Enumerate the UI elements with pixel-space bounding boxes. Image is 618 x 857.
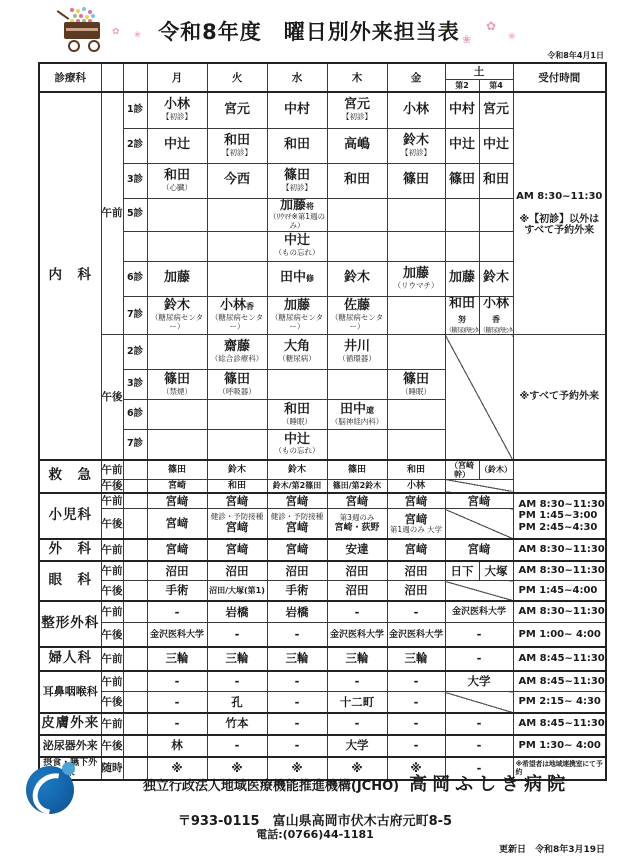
schedule-cell: 宮元【初診】: [327, 92, 387, 128]
schedule-cell: [123, 623, 147, 647]
schedule-cell: 鈴木: [267, 460, 327, 480]
reception-hours: ※すべて予約外来: [513, 335, 606, 460]
schedule-cell: -: [267, 623, 327, 647]
schedule-cell: 孔: [207, 692, 267, 713]
schedule-cell: [207, 231, 267, 261]
schedule-cell: 金沢医科大学: [147, 623, 207, 647]
schedule-cell: -: [207, 671, 267, 692]
schedule-cell: 手術: [147, 581, 207, 601]
reception-hours: [513, 460, 606, 493]
header-saturday-4th: 第4: [479, 80, 513, 93]
schedule-cell: 沼田: [387, 561, 445, 581]
clinic-number: 1診: [123, 92, 147, 128]
reception-hours: AM 8:45~11:30: [513, 647, 606, 671]
session-label: 午前: [101, 601, 123, 623]
schedule-cell: （宮崎幹）: [445, 460, 479, 480]
schedule-cell: 小林: [387, 479, 445, 493]
schedule-cell: -: [327, 671, 387, 692]
header-reception: 受付時間: [513, 63, 606, 92]
schedule-cell: 田中修: [267, 261, 327, 296]
schedule-cell: 宮元: [479, 92, 513, 128]
schedule-cell: [327, 231, 387, 261]
organization-line: 独立行政法人地域医療機能推進機構(JCHO) 高岡ふしき病院: [104, 770, 609, 796]
schedule-cell: 篠田: [445, 163, 479, 198]
schedule-cell: -: [207, 623, 267, 647]
schedule-cell: 加藤: [445, 261, 479, 296]
schedule-cell: [147, 231, 207, 261]
session-label: 午前: [101, 671, 123, 692]
clinic-number: 7診: [123, 430, 147, 460]
schedule-cell: 中村: [445, 92, 479, 128]
schedule-cell: 小林香（糖尿病センター）: [207, 296, 267, 334]
schedule-cell: 金沢医科大学: [327, 623, 387, 647]
schedule-cell: 三輪: [327, 647, 387, 671]
schedule-cell: [147, 430, 207, 460]
schedule-cell: -: [445, 735, 513, 757]
schedule-cell: [123, 460, 147, 480]
header-tuesday: 火: [207, 63, 267, 92]
schedule-cell: 大塚: [479, 561, 513, 581]
schedule-cell: [267, 370, 327, 400]
schedule-cell: 高嶋: [327, 128, 387, 163]
schedule-cell: 竹本: [207, 713, 267, 735]
schedule-cell: 和田努（糖尿病ｾﾝﾀｰ）: [445, 296, 479, 334]
schedule-cell: 宮﨑: [267, 539, 327, 561]
schedule-cell: 大学: [445, 671, 513, 692]
schedule-cell: 中辻（もの忘れ）: [267, 231, 327, 261]
header-wednesday: 水: [267, 63, 327, 92]
schedule-cell: 鈴木【初診】: [387, 128, 445, 163]
reception-hours: AM 8:30~11:30: [513, 601, 606, 623]
department-label: 耳鼻咽喉科: [39, 671, 101, 713]
session-label: 午前: [101, 561, 123, 581]
schedule-cell: 篠田（禁煙）: [147, 370, 207, 400]
schedule-cell: 加藤将（ﾘｳﾏﾁ※第1週のみ）: [267, 198, 327, 231]
schedule-cell: -: [387, 671, 445, 692]
schedule-cell: 岩橋: [207, 601, 267, 623]
schedule-cell: 沼田: [387, 581, 445, 601]
schedule-cell: [207, 198, 267, 231]
schedule-cell: [387, 430, 445, 460]
schedule-cell: 加藤（リウマチ）: [387, 261, 445, 296]
schedule-cell: 沼田: [147, 561, 207, 581]
schedule-cell: 鈴木（糖尿病センター）: [147, 296, 207, 334]
session-label: 午前: [101, 92, 123, 335]
schedule-cell: [207, 430, 267, 460]
schedule-cell: [327, 430, 387, 460]
schedule-cell: 篠田: [327, 460, 387, 480]
schedule-cell: 沼田: [327, 561, 387, 581]
schedule-cell: -: [147, 671, 207, 692]
schedule-cell: 和田: [207, 479, 267, 493]
schedule-cell: 鈴木: [479, 261, 513, 296]
hospital-phone: 電話:(0766)44-1181: [100, 826, 530, 842]
schedule-cell: 和田: [479, 163, 513, 198]
reception-hours: AM 8:30~11:30 PM 1:45~3:00 PM 2:45~4:30: [513, 493, 606, 539]
schedule-cell: 和田: [327, 163, 387, 198]
schedule-cell: 大学: [327, 735, 387, 757]
reception-hours: PM 1:45~4:00: [513, 581, 606, 601]
schedule-cell: 沼田/大塚(第1): [207, 581, 267, 601]
schedule-cell: 沼田: [267, 561, 327, 581]
schedule-cell: 三輪: [207, 647, 267, 671]
closed-cell: [445, 479, 513, 493]
schedule-cell: 三輪: [267, 647, 327, 671]
schedule-cell: -: [445, 647, 513, 671]
department-label: 婦人科: [39, 647, 101, 671]
clinic-number: 2診: [123, 128, 147, 163]
schedule-cell: 大角（糖尿病）: [267, 335, 327, 370]
reception-hours: AM 8:30~11:30 ※【初診】以外は すべて予約外来: [513, 92, 606, 335]
reception-hours: PM 1:30~ 4:00: [513, 735, 606, 757]
schedule-cell: -: [147, 713, 207, 735]
session-label: 午前: [101, 493, 123, 509]
schedule-cell: [123, 735, 147, 757]
schedule-cell: 篠田（呼吸器）: [207, 370, 267, 400]
session-label: 午後: [101, 623, 123, 647]
closed-cell: [445, 581, 513, 601]
schedule-cell: [147, 335, 207, 370]
session-label: 午後: [101, 509, 123, 539]
table-header: 診療科 月 火 水 木 金 土 受付時間 第2 第4: [39, 63, 606, 92]
schedule-cell: [327, 198, 387, 231]
schedule-cell: 健診・予防接種宮﨑: [207, 509, 267, 539]
schedule-cell: [207, 261, 267, 296]
schedule-cell: 宮﨑: [445, 539, 513, 561]
session-label: 午後: [101, 692, 123, 713]
schedule-cell: [445, 198, 479, 231]
schedule-cell: [327, 370, 387, 400]
schedule-cell: 宮﨑: [445, 493, 513, 509]
schedule-cell: [123, 493, 147, 509]
schedule-cell: 沼田: [327, 581, 387, 601]
schedule-table: 診療科 月 火 水 木 金 土 受付時間 第2 第4 内 科午前1診小林【初診】…: [38, 62, 607, 781]
schedule-cell: （鈴木）: [479, 460, 513, 480]
schedule-cell: 和田（睡眠）: [267, 400, 327, 430]
schedule-cell: 宮﨑: [147, 493, 207, 509]
reception-hours: AM 8:30~11:30: [513, 539, 606, 561]
schedule-cell: 中辻: [479, 128, 513, 163]
schedule-cell: -: [147, 601, 207, 623]
schedule-cell: 宮﨑: [207, 539, 267, 561]
schedule-cell: 日下: [445, 561, 479, 581]
department-label: 泌尿器外来: [39, 735, 101, 757]
schedule-cell: -: [387, 713, 445, 735]
schedule-cell: -: [327, 601, 387, 623]
session-label: 午前: [101, 713, 123, 735]
organization-name: 独立行政法人地域医療機能推進機構(JCHO): [143, 775, 399, 794]
reception-hours: AM 8:45~11:30: [513, 671, 606, 692]
schedule-cell: 宮﨑第1週のみ 大学: [387, 509, 445, 539]
clinic-number: 6診: [123, 400, 147, 430]
schedule-cell: 宮﨑: [147, 539, 207, 561]
schedule-cell: [123, 479, 147, 493]
session-label: 午後: [101, 735, 123, 757]
schedule-cell: 岩橋: [267, 601, 327, 623]
schedule-cell: -: [387, 692, 445, 713]
reception-hours: AM 8:30~11:30: [513, 561, 606, 581]
schedule-cell: 沼田: [207, 561, 267, 581]
schedule-cell: 井川（循環器）: [327, 335, 387, 370]
reception-hours: AM 8:45~11:30: [513, 713, 606, 735]
schedule-cell: -: [267, 692, 327, 713]
session-label: 午後: [101, 581, 123, 601]
session-label: 午後: [101, 335, 123, 460]
schedule-cell: -: [267, 735, 327, 757]
updated-date: 更新日 令和8年3月19日: [499, 842, 605, 855]
page: ✿ ❀ ✿ ❀ ✿ ❀ 令和8年度 曜日別外来担当表 令和8年4月1日 診療科 …: [0, 0, 618, 857]
schedule-cell: 齋藤（総合診療科）: [207, 335, 267, 370]
schedule-cell: 宮﨑: [327, 493, 387, 509]
schedule-cell: 第3週のみ宮崎・荻野: [327, 509, 387, 539]
schedule-cell: 三輪: [387, 647, 445, 671]
schedule-cell: [123, 539, 147, 561]
schedule-cell: 宮﨑: [147, 509, 207, 539]
clinic-number: 5診: [123, 198, 147, 231]
schedule-cell: 和田（心臓）: [147, 163, 207, 198]
schedule-cell: -: [147, 692, 207, 713]
schedule-cell: 小林: [387, 92, 445, 128]
department-label: 整形外科: [39, 601, 101, 647]
closed-cell: [445, 692, 513, 713]
schedule-cell: [123, 581, 147, 601]
clinic-number: 2診: [123, 335, 147, 370]
clinic-number: [123, 231, 147, 261]
schedule-cell: 鈴木: [327, 261, 387, 296]
schedule-cell: [387, 231, 445, 261]
session-label: 午後: [101, 479, 123, 493]
session-label: 午前: [101, 647, 123, 671]
schedule-cell: 加藤（糖尿病センター）: [267, 296, 327, 334]
header-empty: [123, 63, 147, 92]
department-label: 内 科: [39, 92, 101, 460]
schedule-cell: -: [327, 713, 387, 735]
closed-cell: [445, 509, 513, 539]
clinic-number: 7診: [123, 296, 147, 334]
hospital-name: 高岡ふしき病院: [409, 770, 570, 796]
schedule-cell: -: [387, 601, 445, 623]
department-label: 外 科: [39, 539, 101, 561]
schedule-cell: 篠田/第2鈴木: [327, 479, 387, 493]
department-label: 救 急: [39, 460, 101, 493]
session-label: 午前: [101, 460, 123, 480]
schedule-cell: 手術: [267, 581, 327, 601]
schedule-cell: [479, 231, 513, 261]
header-department: 診療科: [39, 63, 101, 92]
header-thursday: 木: [327, 63, 387, 92]
schedule-cell: 中村: [267, 92, 327, 128]
header-empty: [101, 63, 123, 92]
schedule-cell: 安達: [327, 539, 387, 561]
schedule-cell: 中辻: [147, 128, 207, 163]
header-monday: 月: [147, 63, 207, 92]
schedule-cell: 宮元: [207, 92, 267, 128]
schedule-cell: 和田: [267, 128, 327, 163]
session-label: 午前: [101, 539, 123, 561]
reception-hours: PM 2:15~ 4:30: [513, 692, 606, 713]
schedule-cell: [123, 671, 147, 692]
schedule-cell: 宮﨑: [387, 539, 445, 561]
clinic-number: 3診: [123, 163, 147, 198]
department-label: 小児科: [39, 493, 101, 539]
schedule-cell: 宮﨑: [387, 493, 445, 509]
schedule-cell: [123, 647, 147, 671]
schedule-cell: 宮崎: [147, 479, 207, 493]
schedule-cell: [387, 400, 445, 430]
schedule-cell: [123, 713, 147, 735]
schedule-cell: 十二町: [327, 692, 387, 713]
schedule-cell: 林: [147, 735, 207, 757]
clinic-number: 6診: [123, 261, 147, 296]
schedule-cell: [147, 400, 207, 430]
schedule-cell: 篠田: [387, 163, 445, 198]
schedule-cell: -: [387, 735, 445, 757]
schedule-cell: 佐藤（糖尿病センター）: [327, 296, 387, 334]
schedule-cell: 金沢医科大学: [387, 623, 445, 647]
schedule-cell: -: [445, 713, 513, 735]
schedule-cell: 三輪: [147, 647, 207, 671]
schedule-cell: -: [267, 671, 327, 692]
schedule-cell: 宮﨑: [207, 493, 267, 509]
schedule-cell: [479, 198, 513, 231]
schedule-cell: 健診・予防接種宮﨑: [267, 509, 327, 539]
schedule-cell: 加藤: [147, 261, 207, 296]
schedule-cell: 金沢医科大学: [445, 601, 513, 623]
header-saturday-2nd: 第2: [445, 80, 479, 93]
schedule-cell: 篠田: [147, 460, 207, 480]
schedule-cell: 篠田（睡眠）: [387, 370, 445, 400]
schedule-cell: [387, 296, 445, 334]
reception-hours: PM 1:00~ 4:00: [513, 623, 606, 647]
effective-date: 令和8年4月1日: [547, 50, 604, 61]
schedule-cell: 小林【初診】: [147, 92, 207, 128]
schedule-cell: [147, 198, 207, 231]
schedule-cell: 和田: [387, 460, 445, 480]
schedule-cell: [123, 509, 147, 539]
schedule-cell: [387, 335, 445, 370]
schedule-cell: 中辻（もの忘れ）: [267, 430, 327, 460]
header-friday: 金: [387, 63, 445, 92]
schedule-cell: 田中遼（脳神経内科）: [327, 400, 387, 430]
jcho-logo: [26, 762, 80, 816]
schedule-cell: 篠田【初診】: [267, 163, 327, 198]
schedule-cell: [123, 601, 147, 623]
schedule-cell: -: [207, 735, 267, 757]
schedule-cell: 和田【初診】: [207, 128, 267, 163]
schedule-cell: [387, 198, 445, 231]
schedule-cell: [123, 692, 147, 713]
schedule-cell: -: [445, 623, 513, 647]
schedule-cell: 今西: [207, 163, 267, 198]
page-title: 令和8年度 曜日別外来担当表: [0, 16, 618, 46]
header-saturday: 土: [445, 63, 513, 80]
schedule-cell: [123, 561, 147, 581]
schedule-cell: [445, 231, 479, 261]
schedule-cell: -: [267, 713, 327, 735]
schedule-cell: 宮﨑: [267, 493, 327, 509]
schedule-cell: 鈴木: [207, 460, 267, 480]
department-label: 眼 科: [39, 561, 101, 601]
schedule-cell: 鈴木/第2篠田: [267, 479, 327, 493]
schedule-cell: 小林香（糖尿病ｾﾝﾀｰ）: [479, 296, 513, 334]
schedule-cell: [207, 400, 267, 430]
schedule-cell: 中辻: [445, 128, 479, 163]
closed-cell: [445, 335, 513, 460]
department-label: 皮膚外来: [39, 713, 101, 735]
clinic-number: 3診: [123, 370, 147, 400]
